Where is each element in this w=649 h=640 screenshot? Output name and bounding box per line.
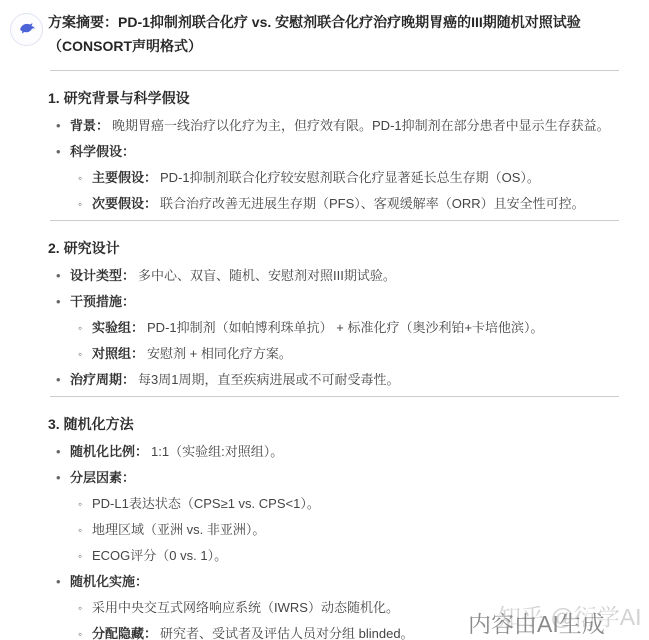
list-item: ECOG评分（0 vs. 1）。 <box>48 546 619 566</box>
list-item: 背景：晚期胃癌一线治疗以化疗为主，但疗效有限。PD-1抑制剂在部分患者中显示生存… <box>48 116 619 136</box>
item-text: 安慰剂 + 相同化疗方案。 <box>147 346 292 361</box>
title-line-2: （CONSORT声明格式） <box>48 34 619 58</box>
assistant-avatar <box>10 13 43 46</box>
item-text: PD-1抑制剂（如帕博利珠单抗） + 标准化疗（奥沙利铂+卡培他滨）。 <box>147 320 544 335</box>
item-label: 实验组： <box>92 320 144 335</box>
item-label: 科学假设： <box>70 144 135 159</box>
divider <box>50 220 619 221</box>
bullet-list: 随机化比例：1:1（实验组:对照组）。 分层因素： PD-L1表达状态（CPS≥… <box>48 442 619 640</box>
list-item: 主要假设：PD-1抑制剂联合化疗较安慰剂联合化疗显著延长总生存期（OS）。 <box>48 168 619 188</box>
item-label: 分配隐藏： <box>92 626 157 640</box>
message-body: 方案摘要：PD-1抑制剂联合化疗 vs. 安慰剂联合化疗治疗晚期胃癌的III期随… <box>0 0 649 640</box>
list-item: 治疗周期：每3周1周期，直至疾病进展或不可耐受毒性。 <box>48 370 619 390</box>
item-label: 分层因素： <box>70 470 135 485</box>
item-text: 晚期胃癌一线治疗以化疗为主，但疗效有限。PD-1抑制剂在部分患者中显示生存获益。 <box>112 118 610 133</box>
item-text: 地理区域（亚洲 vs. 非亚洲）。 <box>92 522 265 537</box>
list-item: 对照组：安慰剂 + 相同化疗方案。 <box>48 344 619 364</box>
section-background: 1. 研究背景与科学假设 背景：晚期胃癌一线治疗以化疗为主，但疗效有限。PD-1… <box>48 88 619 214</box>
item-label: 次要假设： <box>92 196 157 211</box>
item-text: 每3周1周期，直至疾病进展或不可耐受毒性。 <box>138 372 399 387</box>
item-label: 干预措施： <box>70 294 135 309</box>
list-item: 分配隐藏：研究者、受试者及评估人员对分组 blinded。 <box>48 624 619 640</box>
item-text: 研究者、受试者及评估人员对分组 blinded。 <box>160 626 414 640</box>
item-label: 随机化实施： <box>70 574 148 589</box>
item-text: 联合治疗改善无进展生存期（PFS）、客观缓解率（ORR）且安全性可控。 <box>160 196 585 211</box>
list-item: 随机化比例：1:1（实验组:对照组）。 <box>48 442 619 462</box>
section-randomization: 3. 随机化方法 随机化比例：1:1（实验组:对照组）。 分层因素： PD-L1… <box>48 414 619 640</box>
item-label: 对照组： <box>92 346 144 361</box>
section-heading: 1. 研究背景与科学假设 <box>48 88 619 108</box>
bullet-list: 背景：晚期胃癌一线治疗以化疗为主，但疗效有限。PD-1抑制剂在部分患者中显示生存… <box>48 116 619 214</box>
section-heading: 3. 随机化方法 <box>48 414 619 434</box>
divider <box>50 396 619 397</box>
bullet-list: 设计类型：多中心、双盲、随机、安慰剂对照III期试验。 干预措施： 实验组：PD… <box>48 266 619 390</box>
section-design: 2. 研究设计 设计类型：多中心、双盲、随机、安慰剂对照III期试验。 干预措施… <box>48 238 619 390</box>
item-label: 治疗周期： <box>70 372 135 387</box>
list-item: 地理区域（亚洲 vs. 非亚洲）。 <box>48 520 619 540</box>
item-text: 采用中央交互式网络响应系统（IWRS）动态随机化。 <box>92 600 399 615</box>
item-text: 1:1（实验组:对照组）。 <box>151 444 283 459</box>
item-label: 设计类型： <box>70 268 135 283</box>
item-text: PD-L1表达状态（CPS≥1 vs. CPS<1）。 <box>92 496 320 511</box>
item-text: ECOG评分（0 vs. 1）。 <box>92 548 227 563</box>
item-label: 背景： <box>70 118 109 133</box>
list-item: 科学假设： <box>48 142 619 162</box>
item-label: 主要假设： <box>92 170 157 185</box>
list-item: 实验组：PD-1抑制剂（如帕博利珠单抗） + 标准化疗（奥沙利铂+卡培他滨）。 <box>48 318 619 338</box>
list-item: 分层因素： <box>48 468 619 488</box>
page-title: 方案摘要：PD-1抑制剂联合化疗 vs. 安慰剂联合化疗治疗晚期胃癌的III期随… <box>48 10 619 58</box>
list-item: PD-L1表达状态（CPS≥1 vs. CPS<1）。 <box>48 494 619 514</box>
list-item: 次要假设：联合治疗改善无进展生存期（PFS）、客观缓解率（ORR）且安全性可控。 <box>48 194 619 214</box>
list-item: 设计类型：多中心、双盲、随机、安慰剂对照III期试验。 <box>48 266 619 286</box>
list-item: 干预措施： <box>48 292 619 312</box>
whale-logo-icon <box>16 16 38 43</box>
title-line-1: 方案摘要：PD-1抑制剂联合化疗 vs. 安慰剂联合化疗治疗晚期胃癌的III期随… <box>48 10 619 34</box>
item-text: 多中心、双盲、随机、安慰剂对照III期试验。 <box>138 268 396 283</box>
divider <box>50 70 619 71</box>
item-text: PD-1抑制剂联合化疗较安慰剂联合化疗显著延长总生存期（OS）。 <box>160 170 540 185</box>
section-heading: 2. 研究设计 <box>48 238 619 258</box>
item-label: 随机化比例： <box>70 444 148 459</box>
list-item: 随机化实施： <box>48 572 619 592</box>
list-item: 采用中央交互式网络响应系统（IWRS）动态随机化。 <box>48 598 619 618</box>
